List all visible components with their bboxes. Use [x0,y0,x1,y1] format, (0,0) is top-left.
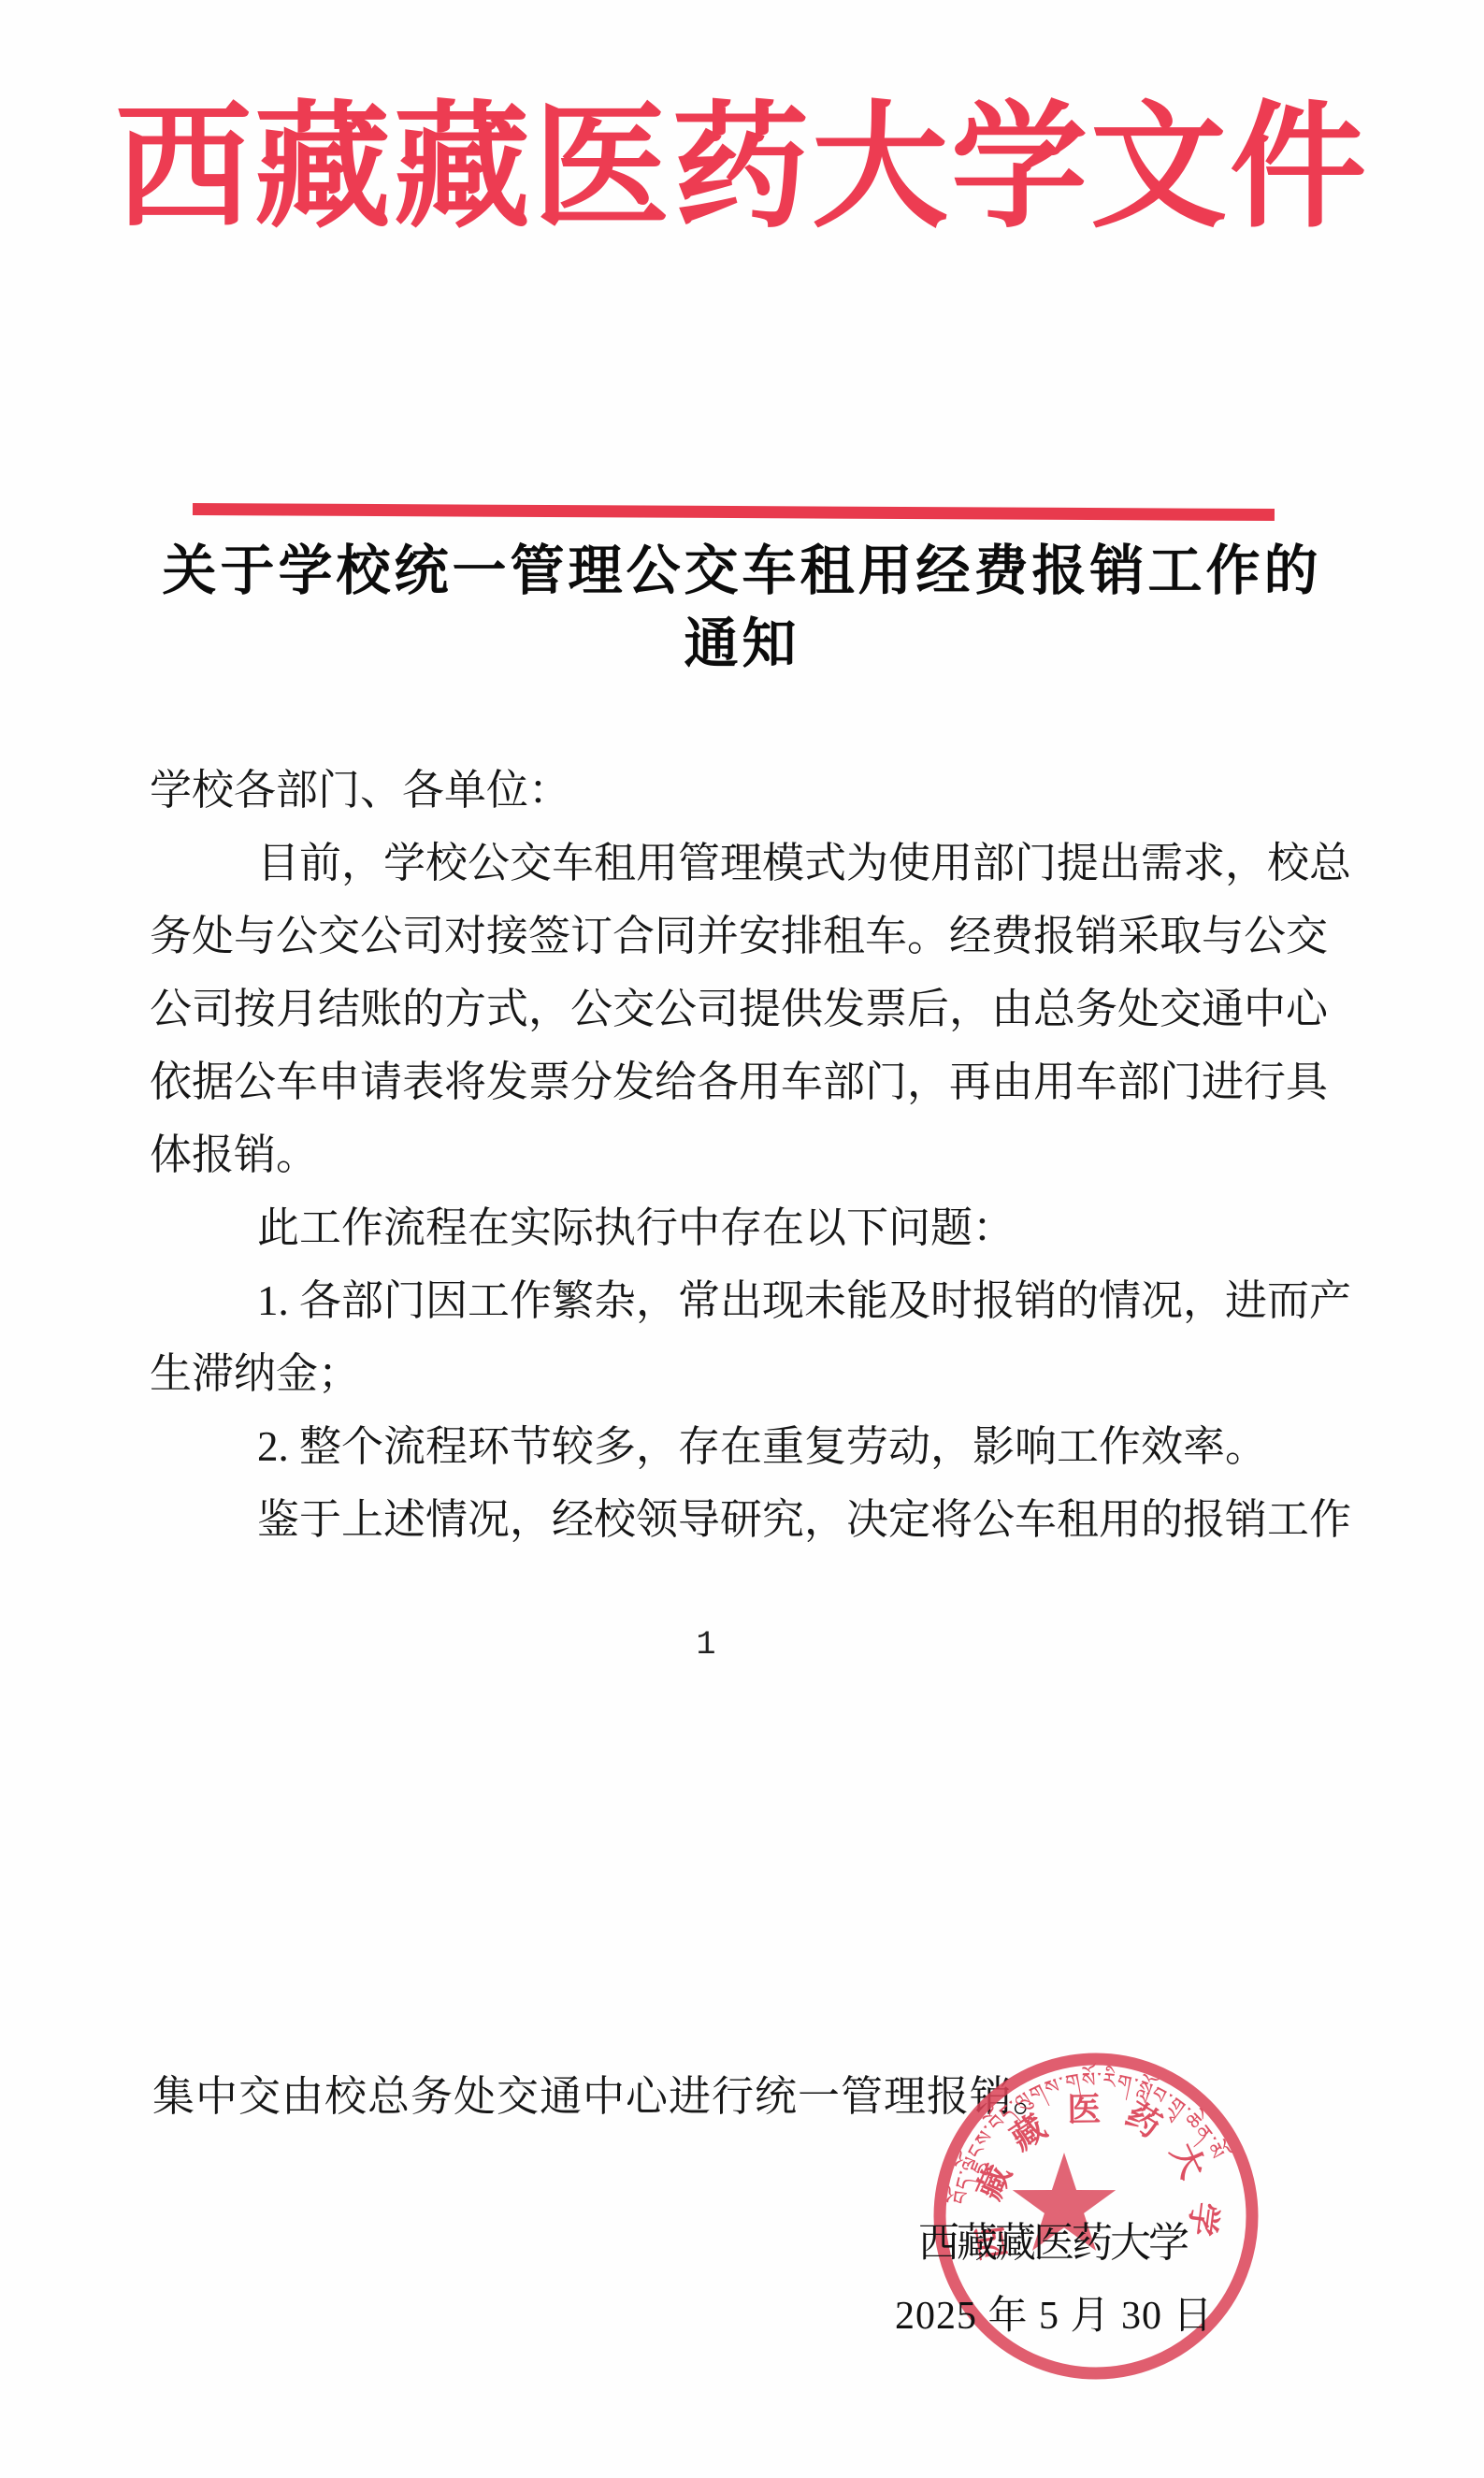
document-title-line-1: 关于学校统一管理公交车租用经费报销工作的 [0,535,1484,608]
signature-org: 西藏藏医药大学 [918,2219,1187,2268]
page2-continuation-line: 集中交由校总务处交通中心进行统一管理报销。 [152,2071,1056,2122]
body-line: 依据公车申请表将发票分发给各用车部门，再由用车部门进行具 [150,1045,1347,1118]
body: 学校各部门、各单位：目前，学校公交车租用管理模式为使用部门提出需求，校总务处与公… [150,754,1347,1556]
body-line: 务处与公交公司对接签订合同并安排租车。经费报销采取与公交 [150,900,1347,972]
body-line: 目前，学校公交车租用管理模式为使用部门提出需求，校总 [150,827,1347,900]
body-line: 此工作流程在实际执行中存在以下问题： [150,1191,1347,1264]
scanned-document-page: 西藏藏医药大学文件 关于学校统一管理公交车租用经费报销工作的 通知 学校各部门、… [0,0,1484,2478]
body-line: 鉴于上述情况，经校领导研究，决定将公车租用的报销工作 [150,1483,1347,1556]
body-line: 体报销。 [150,1118,1347,1191]
body-line: 学校各部门、各单位： [150,754,1347,827]
signature-date: 2025 年 5 月 30 日 [895,2294,1214,2339]
page-number: 1 [0,1625,1412,1664]
body-line: 1. 各部门因工作繁杂，常出现未能及时报销的情况，进而产 [150,1264,1347,1337]
letterhead-divider-rule [193,503,1275,521]
document-letterhead: 西藏藏医药大学文件 [0,90,1484,247]
document-title-line-2: 通知 [0,608,1484,681]
document-title: 关于学校统一管理公交车租用经费报销工作的 通知 [0,535,1484,681]
body-line: 2. 整个流程环节较多，存在重复劳动，影响工作效率。 [150,1410,1347,1483]
body-line: 生滞纳金； [150,1337,1347,1410]
body-line: 公司按月结账的方式，公交公司提供发票后，由总务处交通中心 [150,972,1347,1045]
